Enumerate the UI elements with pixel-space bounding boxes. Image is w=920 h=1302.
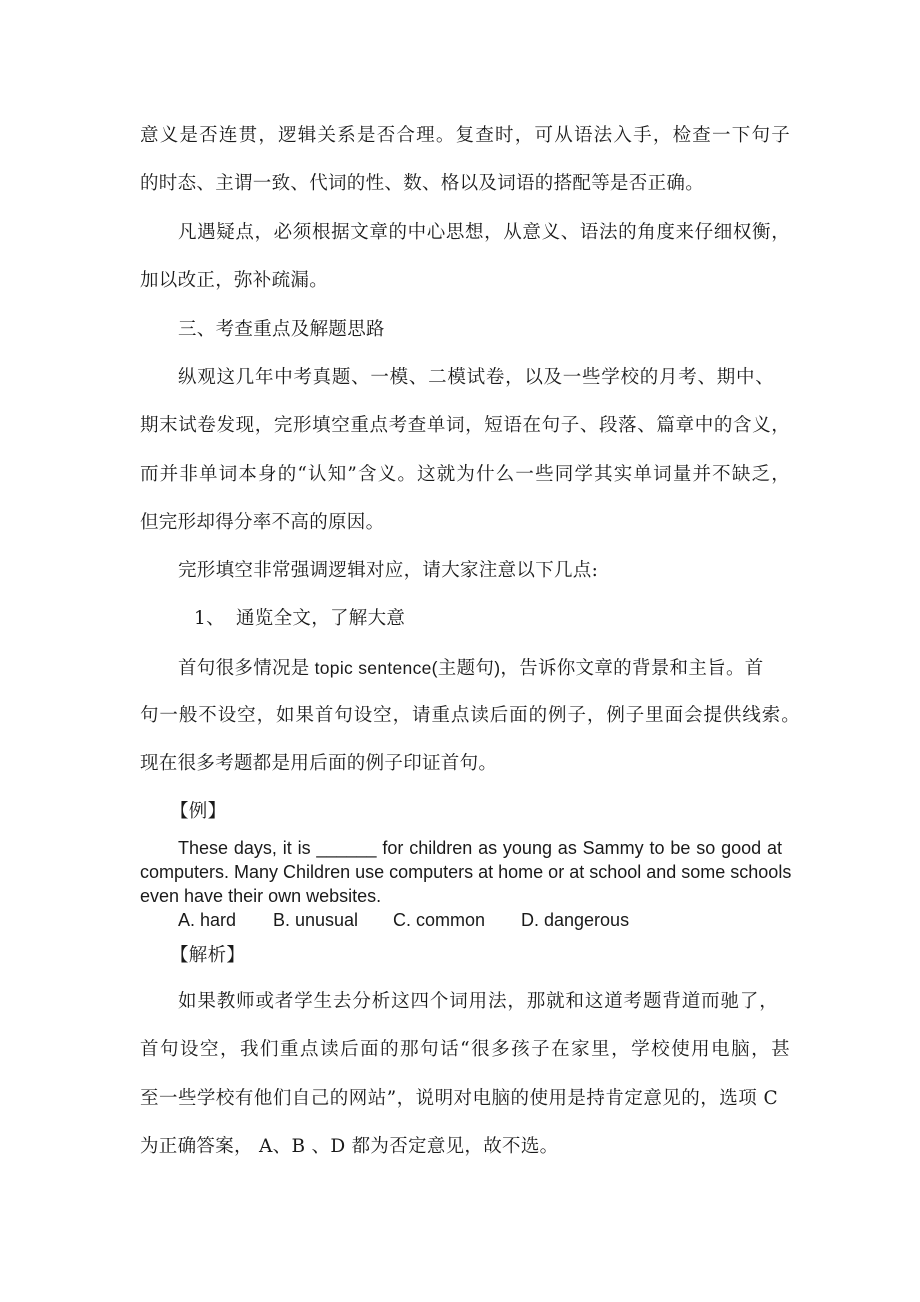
example-line: These days, it is ______ for children as… <box>178 836 782 860</box>
text-segment-english: topic sentence( <box>315 658 438 678</box>
paragraph-line: 句一般不设空，如果首句设空，请重点读后面的例子，例子里面会提供线索。 <box>140 704 800 728</box>
section-heading: 三、考查重点及解题思路 <box>178 318 385 342</box>
analysis-line: 首句设空，我们重点读后面的那句话“很多孩子在家里，学校使用电脑，甚 <box>140 1038 790 1062</box>
list-item-number: 1、 <box>194 607 225 631</box>
paragraph-line: 首句很多情况是topic sentence(主题句)，告诉你文章的背景和主旨。首 <box>178 656 764 681</box>
example-line: computers. Many Children use computers a… <box>140 860 782 884</box>
paragraph-line: 期末试卷发现，完形填空重点考查单词，短语在句子、段落、篇章中的含义， <box>140 414 790 438</box>
paragraph-line: 纵观这几年中考真题、一模、二模试卷，以及一些学校的月考、期中、 <box>178 366 774 390</box>
option-b: B. unusual <box>273 908 358 932</box>
analysis-line: 为正确答案， A、B 、D 都为否定意见，故不选。 <box>140 1135 558 1159</box>
paragraph-line: 完形填空非常强调逻辑对应，请大家注意以下几点: <box>178 559 598 583</box>
text-segment: 主题句 <box>438 658 494 679</box>
paragraph-line: 加以改正，弥补疏漏。 <box>140 269 328 293</box>
paragraph-line: 而并非单词本身的“认知”含义。这就为什么一些同学其实单词量并不缺乏， <box>140 463 790 487</box>
option-a: A. hard <box>178 908 236 932</box>
paragraph-line: 意义是否连贯，逻辑关系是否合理。复查时，可从语法入手，检查一下句子 <box>140 124 790 148</box>
option-c: C. common <box>393 908 485 932</box>
analysis-line: 如果教师或者学生去分析这四个词用法，那就和这道考题背道而驰了， <box>178 990 778 1014</box>
option-d: D. dangerous <box>521 908 629 932</box>
paragraph-line: 现在很多考题都是用后面的例子印证首句。 <box>140 752 497 776</box>
document-page: 意义是否连贯，逻辑关系是否合理。复查时，可从语法入手，检查一下句子 的时态、主谓… <box>0 0 920 1302</box>
text-segment: ，告诉你文章的背景和主旨。首 <box>500 658 763 679</box>
paragraph-line: 凡遇疑点，必须根据文章的中心思想，从意义、语法的角度来仔细权衡， <box>178 221 790 245</box>
example-label: 【例】 <box>170 800 226 824</box>
paragraph-line: 但完形却得分率不高的原因。 <box>140 511 384 535</box>
example-line: even have their own websites. <box>140 884 381 908</box>
paragraph-line: 的时态、主谓一致、代词的性、数、格以及词语的搭配等是否正确。 <box>140 172 704 196</box>
analysis-line: 至一些学校有他们自己的网站”，说明对电脑的使用是持肯定意见的，选项 C <box>140 1087 778 1111</box>
text-segment: 首句很多情况是 <box>178 658 310 679</box>
list-item-heading: 通览全文，了解大意 <box>236 607 405 631</box>
analysis-label: 【解析】 <box>170 944 245 968</box>
